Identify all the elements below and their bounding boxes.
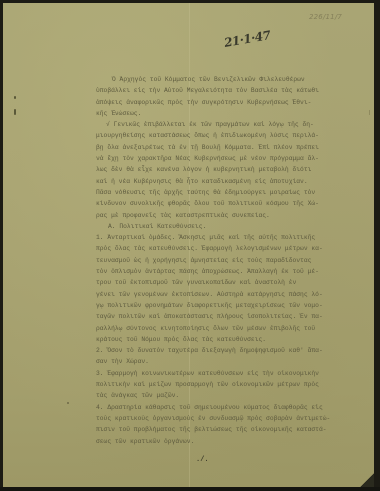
text-line: ταγῶν πολιτῶν καὶ ἀποκατάστασις πλήρους …	[96, 311, 361, 322]
section-heading: Α. Πολιτικαὶ Κατευθύνσεις.	[96, 221, 361, 232]
text-line: √ Γενικῶς ἐπιβάλλεται ἐκ τῶν πραγμάτων κ…	[96, 119, 361, 130]
text-line: 2. Ὅσον τὸ δυνατὸν ταχυτέρα διεξαγωγὴ δη…	[96, 345, 361, 356]
closing-mark: ./.	[196, 456, 209, 464]
text-line: κῆς Ἑνώσεως.	[96, 108, 361, 119]
text-line: Πᾶσα νόθευσις τῆς ἀρχῆς ταύτης θὰ ἐδημιο…	[96, 187, 361, 198]
text-line: γένει τῶν γενομένων ἐκτοπίσεων. Αὐστηρὰ …	[96, 289, 361, 300]
archive-number: 226/11/7	[309, 13, 342, 21]
margin-mark	[369, 110, 370, 115]
typewritten-body: Ὁ Ἀρχηγὸς τοῦ Κόμματος τῶν Βενιζελικῶν Φ…	[96, 74, 361, 447]
text-line: ραλλήλῳ σύντονος κινητοποίησις ὅλων τῶν …	[96, 323, 361, 334]
text-line: 1. Ἀνταρτικαὶ ὁμάδες. Ἄσκησις μιᾶς καὶ τ…	[96, 232, 361, 243]
text-line: πισιν τοῦ προβλήματος τῆς βελτιώσεως τῆς…	[96, 424, 361, 435]
text-line: τρου τοῦ ἐκτοπισμοῦ τῶν γυναικοπαίδων κα…	[96, 277, 361, 288]
page-corner	[360, 473, 374, 487]
text-line: Ὁ Ἀρχηγὸς τοῦ Κόμματος τῶν Βενιζελικῶν Φ…	[96, 74, 361, 85]
punch-hole-mark	[14, 109, 16, 115]
text-line: βῃ ὅλα ἀνεξαιρέτως τὰ ἐν τῇ Βουλῇ Κόμματ…	[96, 142, 361, 153]
text-line: τοὺς κρατικοὺς ὀργανισμοὺς ἐν συνδυασμῷ …	[96, 413, 361, 424]
text-line: ρας μὲ προφανεῖς τὰς καταστρεπτικὰς συνε…	[96, 210, 361, 221]
text-line: ὑποβάλλει εἰς τὴν Αὐτοῦ Μεγαλειότητα τὸν…	[96, 85, 361, 96]
scan-frame: 226/11/7 21·1·47 Ὁ Ἀρχηγὸς τοῦ Κόμματος …	[0, 0, 380, 491]
text-line: τὸν ὁπλισμὸν ἀντάρτας πάσης ἀποχρώσεως. …	[96, 266, 361, 277]
text-line: πρὸς ὅλας τὰς κατευθύνσεις. Ἐφαρμογὴ λελ…	[96, 243, 361, 254]
document-page: 226/11/7 21·1·47 Ὁ Ἀρχηγὸς τοῦ Κόμματος …	[3, 3, 374, 487]
text-line: τὰς ἀνάγκας τῶν μαζῶν.	[96, 390, 361, 401]
text-line: ἀπόψεις ἀναφορικῶς πρὸς τὴν συγκρότησιν …	[96, 97, 361, 108]
text-line: μιουργηθείσης καταστάσεως ὅπως ἡ ἐπιδιωκ…	[96, 130, 361, 141]
text-line: 3. Ἐφαρμογὴ κοινωνικωτέρων κατευθύνσεων …	[96, 368, 361, 379]
margin-dot	[67, 402, 69, 404]
handwritten-date: 21·1·47	[223, 28, 271, 50]
text-line: γῳ πολιτικῶν φρονημάτων διαφορετικῆς μετ…	[96, 300, 361, 311]
text-line: κίνδυνον συνολικῆς φθορᾶς ὅλου τοῦ πολιτ…	[96, 198, 361, 209]
text-line: 4. Δραστηρία κάθαρσις τοῦ σημειουμένου κ…	[96, 402, 361, 413]
text-line: νὰ ἔχῃ τὸν χαρακτῆρα Νέας Κυβερνήσεως μὲ…	[96, 153, 361, 164]
text-line: λως δὲν θὰ εἶχε κανένα λόγον ἡ κυβερνητι…	[96, 164, 361, 175]
text-line: σαν τὴν Χώραν.	[96, 356, 361, 367]
scan-bottom-edge	[0, 487, 380, 491]
punch-hole-mark	[14, 96, 16, 99]
text-line: πολιτικὴν καὶ μείζων προσαρμογὴ τῶν οἰκο…	[96, 379, 361, 390]
text-line: κράτους τοῦ Νόμου πρὸς ὅλας τὰς κατευθύν…	[96, 334, 361, 345]
text-line: τευνασμοῦ ὡς ἡ χορήγησις ἀμνηστείας εἰς …	[96, 255, 361, 266]
text-line: καὶ ἡ νέα Κυβέρνησις θὰ ἦτο καταδικασμέν…	[96, 176, 361, 187]
text-line: σεως τῶν κρατικῶν ὀργάνων.	[96, 436, 361, 447]
